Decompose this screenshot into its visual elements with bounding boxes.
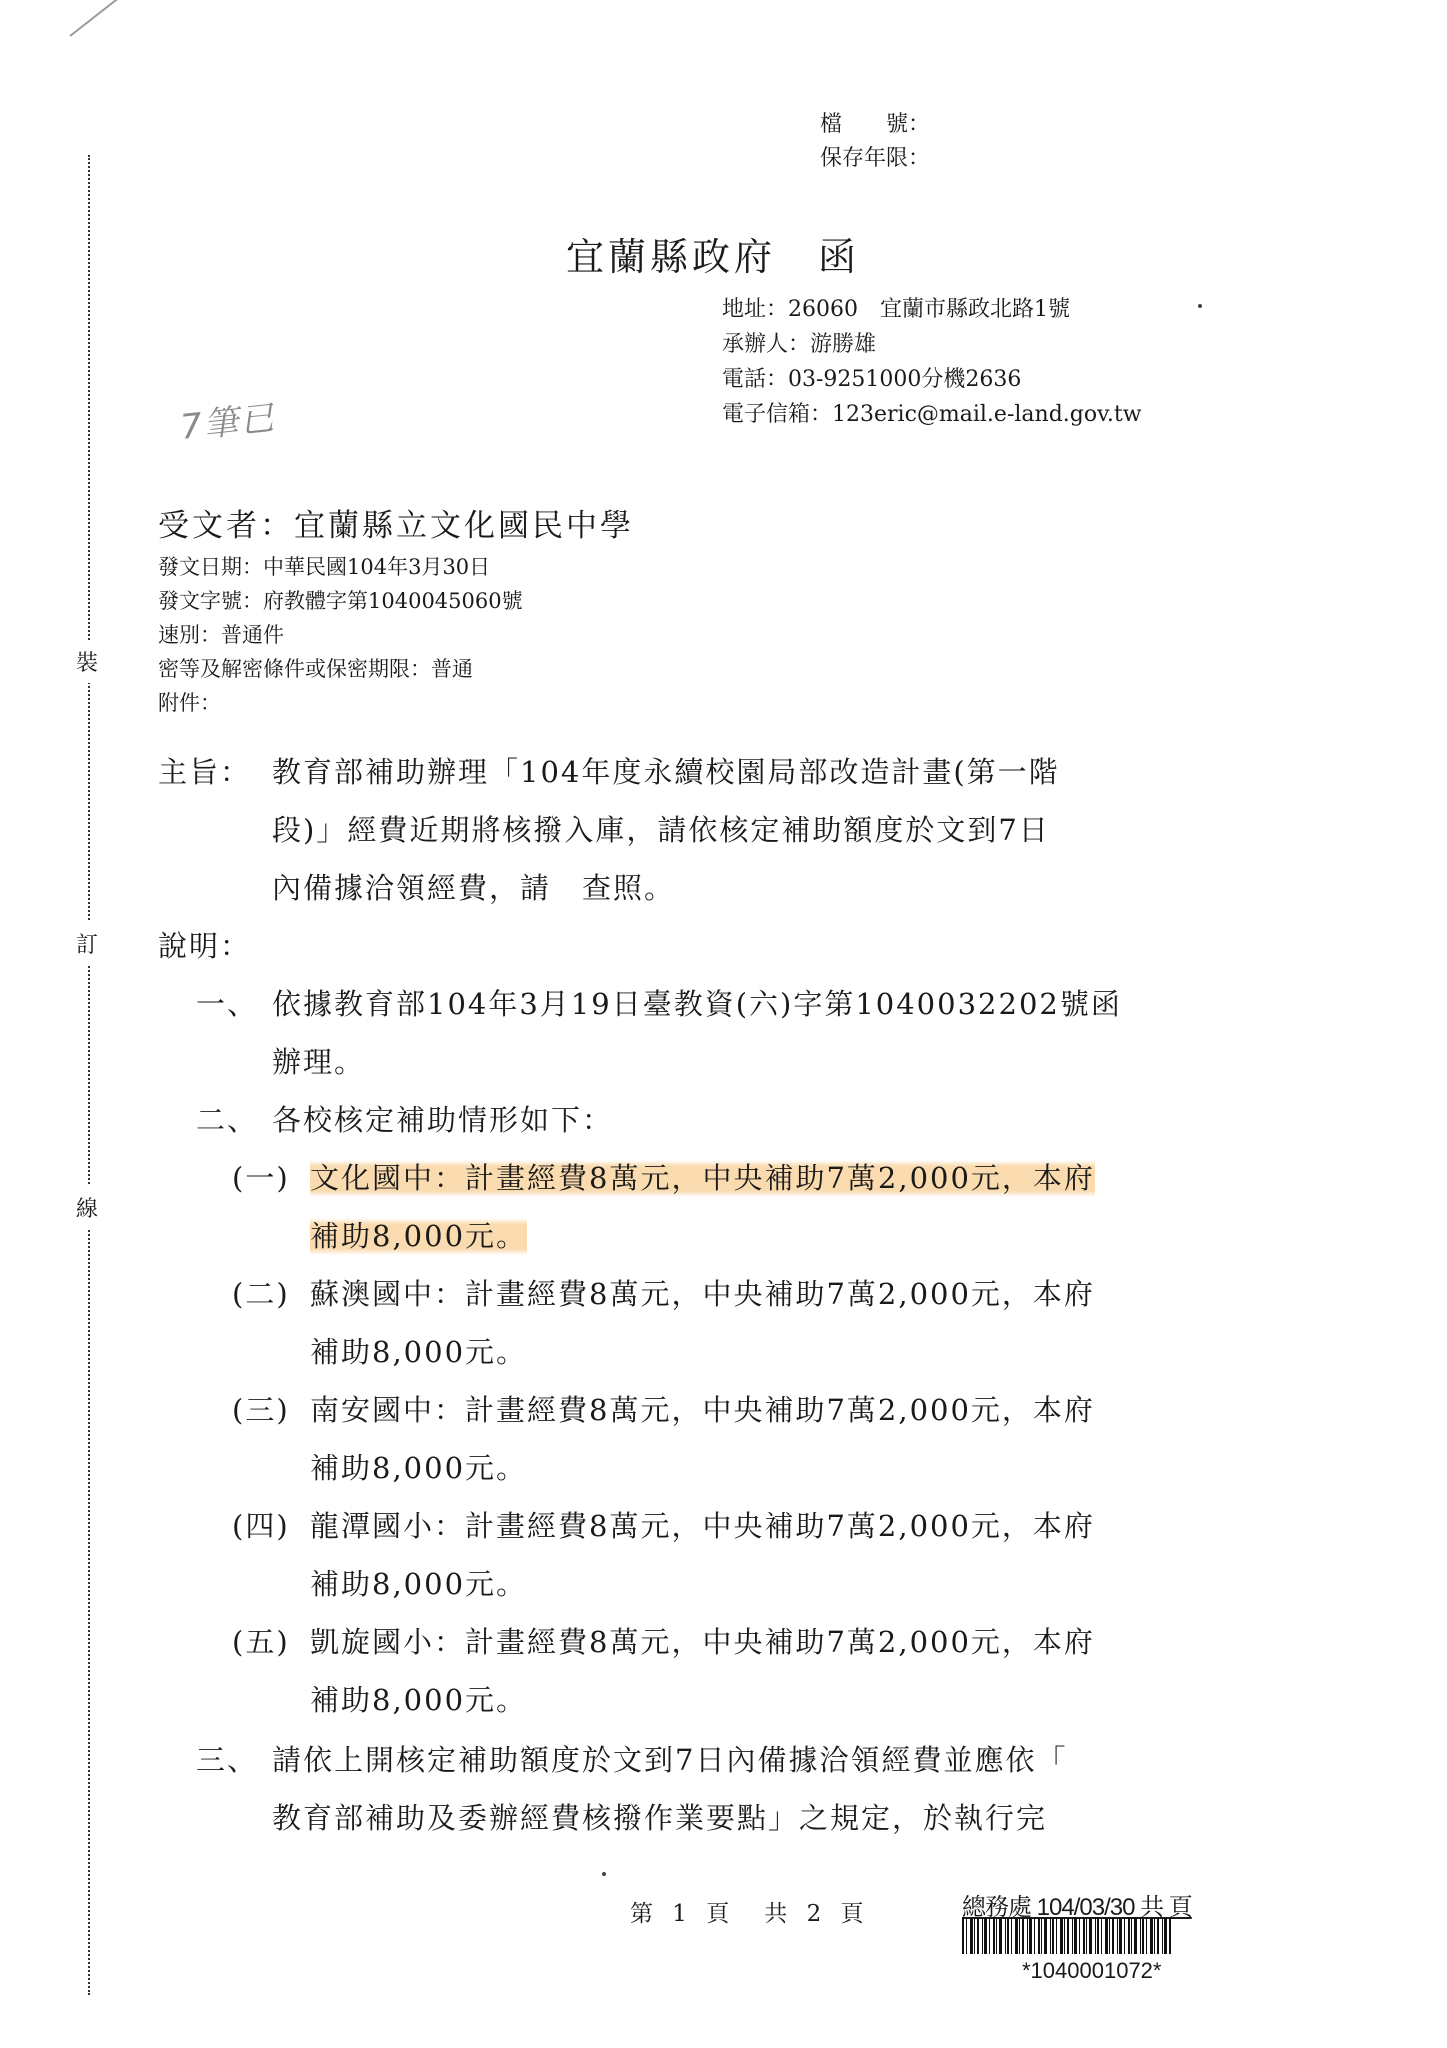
school-4-line-2: 補助8,000元。	[310, 1562, 527, 1603]
school-2-line-2: 補助8,000元。	[310, 1330, 527, 1371]
school-1-line-2-highlighted: 補助8,000元。	[310, 1214, 527, 1255]
school-2-line-1: 蘇澳國中：計畫經費8萬元，中央補助7萬2,000元，本府	[310, 1272, 1095, 1313]
sender-address: 地址：26060 宜蘭市縣政北路1號	[722, 292, 1142, 327]
file-number-field: 檔 號：	[820, 108, 930, 142]
pen-stroke-mark	[69, 0, 118, 37]
school-1-number: (一)	[232, 1156, 290, 1197]
subject-label: 主旨：	[158, 750, 251, 791]
school-5-line-2: 補助8,000元。	[310, 1678, 527, 1719]
barcode	[962, 1918, 1232, 1954]
subject-line-3: 內備據洽領經費，請 查照。	[272, 866, 675, 907]
delivery-speed: 速別：普通件	[158, 618, 523, 652]
item1-line-2: 辦理。	[272, 1040, 365, 1081]
item2-text: 各校核定補助情形如下：	[272, 1098, 613, 1139]
item3-number: 三、	[196, 1738, 258, 1779]
stray-dot	[602, 1872, 606, 1876]
sender-contact-block: 地址：26060 宜蘭市縣政北路1號 承辦人：游勝雄 電話：03-9251000…	[722, 292, 1142, 432]
school-5-number: (五)	[232, 1620, 290, 1661]
subject-line-1: 教育部補助辦理「104年度永續校園局部改造計畫(第一階	[272, 750, 1060, 791]
item2-number: 二、	[196, 1098, 258, 1139]
recipient: 受文者：宜蘭縣立文化國民中學	[158, 500, 634, 545]
school-4-number: (四)	[232, 1504, 290, 1545]
barcode-number: *1040001072*	[1022, 1958, 1161, 1984]
item3-line-1: 請依上開核定補助額度於文到7日內備據洽領經費並應依「	[272, 1738, 1067, 1779]
stray-dot	[1198, 304, 1202, 308]
binding-label-ding: 訂	[76, 922, 98, 965]
school-3-number: (三)	[232, 1388, 290, 1429]
page-number: 第 1 頁 共 2 頁	[630, 1895, 870, 1928]
handler-name: 承辦人：游勝雄	[722, 327, 1142, 362]
school-2-number: (二)	[232, 1272, 290, 1313]
subject-line-2: 段)」經費近期將核撥入庫，請依核定補助額度於文到7日	[272, 808, 1050, 849]
school-4-line-1: 龍潭國小：計畫經費8萬元，中央補助7萬2,000元，本府	[310, 1504, 1095, 1545]
file-meta: 檔 號： 保存年限：	[820, 108, 930, 176]
school-3-line-1: 南安國中：計畫經費8萬元，中央補助7萬2,000元，本府	[310, 1388, 1095, 1429]
school-1-line-1-highlighted: 文化國中：計畫經費8萬元，中央補助7萬2,000元，本府	[310, 1156, 1095, 1197]
email-address: 電子信箱：123eric@mail.e-land.gov.tw	[722, 397, 1142, 432]
receipt-stamp: 總務處 104/03/30 共 頁	[962, 1887, 1192, 1922]
binding-label-zhuang: 裝	[76, 640, 98, 683]
attachment-field: 附件：	[158, 686, 523, 720]
document-info-block: 發文日期：中華民國104年3月30日 發文字號：府教體字第1040045060號…	[158, 550, 523, 720]
school-5-line-1: 凱旋國小：計畫經費8萬元，中央補助7萬2,000元，本府	[310, 1620, 1095, 1661]
binding-dotted-line	[88, 155, 92, 1995]
classification-level: 密等及解密條件或保密期限：普通	[158, 652, 523, 686]
retention-period-field: 保存年限：	[820, 142, 930, 176]
item3-line-2: 教育部補助及委辦經費核撥作業要點」之規定，於執行完	[272, 1796, 1047, 1837]
document-title: 宜蘭縣政府 函	[566, 226, 860, 281]
school-3-line-2: 補助8,000元。	[310, 1446, 527, 1487]
handwritten-note: 7筆已	[178, 390, 278, 449]
phone-number: 電話：03-9251000分機2636	[722, 362, 1142, 397]
document-number: 發文字號：府教體字第1040045060號	[158, 584, 523, 618]
explanation-label: 說明：	[158, 924, 251, 965]
item1-line-1: 依據教育部104年3月19日臺教資(六)字第1040032202號函	[272, 982, 1122, 1023]
binding-label-xian: 線	[76, 1186, 98, 1229]
issue-date: 發文日期：中華民國104年3月30日	[158, 550, 523, 584]
item1-number: 一、	[196, 982, 258, 1023]
